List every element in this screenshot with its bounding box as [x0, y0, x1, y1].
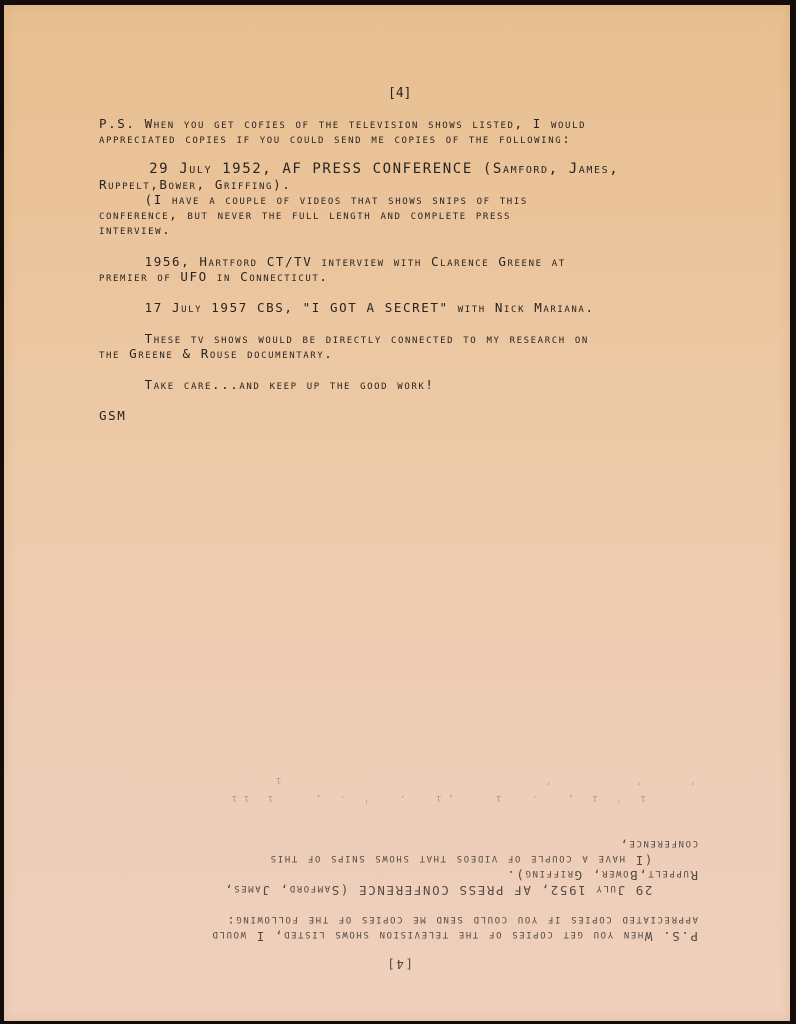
page-number: [4]	[388, 86, 411, 101]
closing-research-line-2: the Greene & Rouse documentary.	[99, 346, 333, 361]
item-1952-note-1: (I have a couple of videos that shows sn…	[99, 192, 528, 207]
closing-research-line-1: These tv shows would be directly connect…	[99, 331, 589, 346]
item-1952-note-2: conference, but never the full length an…	[99, 207, 511, 222]
item-1957-cbs: 17 July 1957 CBS, "I GOT A SECRET" with …	[99, 300, 595, 315]
signature: GSM	[99, 408, 126, 423]
item-1956-hartford: 1956, Hartford CT/TV interview with Clar…	[99, 254, 566, 269]
closing-take-care: Take care...and keep up the good work!	[99, 377, 435, 392]
item-1952-press-conference: 29 July 1952, AF PRESS CONFERENCE (Samfo…	[99, 162, 619, 177]
ps-line-1: P.S. When you get cofies of the televisi…	[99, 116, 586, 131]
paper-sheet	[4, 5, 790, 1021]
item-1956-premier: premier of UFO in Connecticut.	[99, 269, 329, 284]
item-1952-note-3: interview.	[99, 222, 171, 237]
ps-line-2: appreciated copies if you could send me …	[99, 131, 571, 146]
item-1952-names: Ruppelt,Bower, Griffing).	[99, 177, 291, 192]
